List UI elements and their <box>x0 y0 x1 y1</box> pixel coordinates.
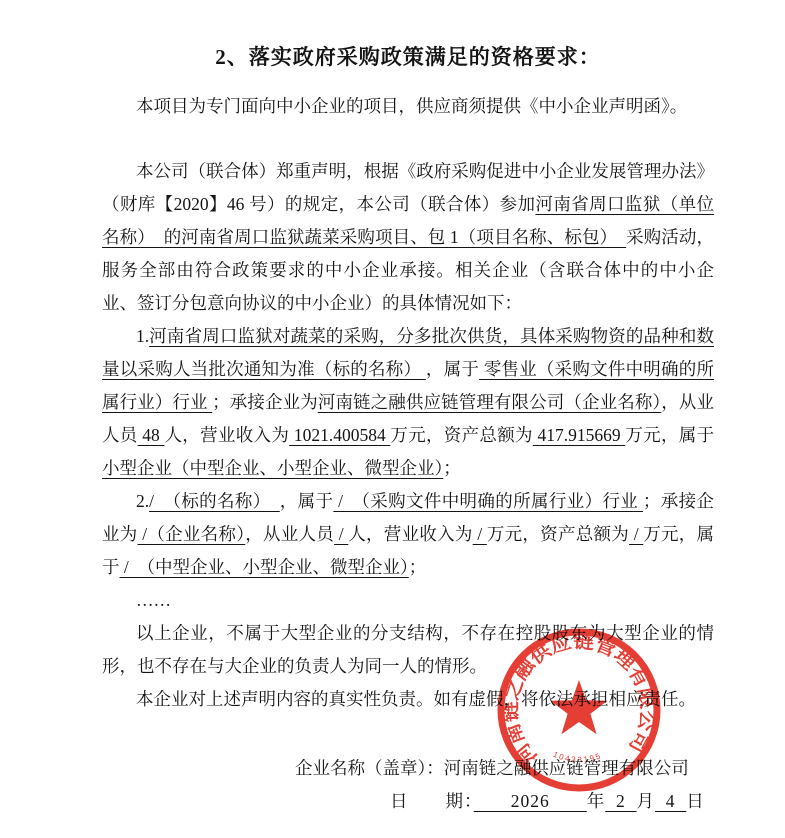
paragraph-item-1: 1.河南省周口监狱对蔬菜的采购，分多批次供货，具体采购物资的品种和数量以采购人当… <box>102 320 714 485</box>
text-run: 1. <box>136 326 149 346</box>
filled-field: 小型企业（中型企业、小型企业、微型企业） <box>102 458 443 478</box>
filled-field: /（企业名称） <box>138 524 246 544</box>
text-run: ，属于 <box>426 359 479 379</box>
company-name: 河南链之融供应链管理有限公司 <box>444 758 689 778</box>
filled-field: 417.915669 <box>533 425 626 445</box>
filled-field: 4 <box>655 791 686 811</box>
page-title: 2、落实政府采购政策满足的资格要求： <box>102 40 714 74</box>
company-signature-line: 企业名称（盖章）：河南链之融供应链管理有限公司 <box>102 752 714 785</box>
document-page: 2、落实政府采购政策满足的资格要求： 本项目为专门面向中小企业的项目，供应商须提… <box>0 0 785 838</box>
filled-field: 1021.400584 <box>289 425 390 445</box>
filled-field: / （中型企业、小型企业、微型企业） <box>120 557 409 577</box>
paragraph-ellipsis: …… <box>102 584 714 617</box>
signature-block: 企业名称（盖章）：河南链之融供应链管理有限公司 日 期： 2026 年 2 月 … <box>102 752 714 818</box>
text-run: 2. <box>136 491 149 511</box>
document-body: 2、落实政府采购政策满足的资格要求： 本项目为专门面向中小企业的项目，供应商须提… <box>102 40 714 818</box>
filled-field: 2 <box>605 791 636 811</box>
text-run: 本企业对上述声明内容的真实性负责。如有虚假，将依法承担相应责任。 <box>136 689 696 709</box>
filled-field: 河南链之融供应链管理有限公司（企业名称） <box>318 392 661 412</box>
paragraph-closing-1: 以上企业，不属于大型企业的分支结构，不存在控股股东为大型企业的情形，也不存在与大… <box>102 617 714 683</box>
text-run: 人，营业收入为 <box>348 524 472 544</box>
date-line: 日 期： 2026 年 2 月 4 日 <box>102 785 714 818</box>
text-run: ；承接企业为 <box>212 392 318 412</box>
paragraph-intro: 本项目为专门面向中小企业的项目，供应商须提供《中小企业声明函》。 <box>102 90 714 123</box>
text-run: 月 <box>637 791 656 811</box>
filled-field: / <box>334 524 348 544</box>
filled-field: 2026 <box>474 791 587 811</box>
text-run: 万元，资产总额为 <box>390 425 532 445</box>
filled-field: / （标的名称） <box>149 491 280 511</box>
text-run: 日 <box>686 791 705 811</box>
filled-field: / <box>629 524 643 544</box>
filled-field: / （采购文件中明确的所属行业）行业 <box>333 491 643 511</box>
filled-field: / <box>473 524 487 544</box>
text-run: …… <box>136 590 171 610</box>
text-run: 年 <box>587 791 606 811</box>
filled-field: 的河南省周口监狱蔬菜采购项目、包 1（项目名称、标包） <box>164 227 626 247</box>
text-run: ； <box>443 458 461 478</box>
paragraph-closing-2: 本企业对上述声明内容的真实性负责。如有虚假，将依法承担相应责任。 <box>102 683 714 716</box>
text-run: ，从业人员 <box>245 524 334 544</box>
filled-field: 48 <box>138 425 165 445</box>
text-run: 日 期： <box>390 791 474 811</box>
text-run: 本项目为专门面向中小企业的项目，供应商须提供《中小企业声明函》。 <box>136 96 687 116</box>
text-run: 万元，资产总额为 <box>487 524 629 544</box>
text-run: 万元，属于 <box>625 425 714 445</box>
paragraph-declaration: 本公司（联合体）郑重声明，根据《政府采购促进中小企业发展管理办法》（财库【202… <box>102 155 714 320</box>
company-seal-label: 企业名称（盖章）： <box>295 758 444 778</box>
paragraph-item-2: 2./ （标的名称） ，属于 / （采购文件中明确的所属行业）行业 ；承接企业为… <box>102 485 714 584</box>
text-run: 人，营业收入为 <box>165 425 290 445</box>
text-run: 以上企业，不属于大型企业的分支结构，不存在控股股东为大型企业的情形，也不存在与大… <box>102 623 714 676</box>
text-run: ，属于 <box>280 491 334 511</box>
text-run: ； <box>409 557 427 577</box>
